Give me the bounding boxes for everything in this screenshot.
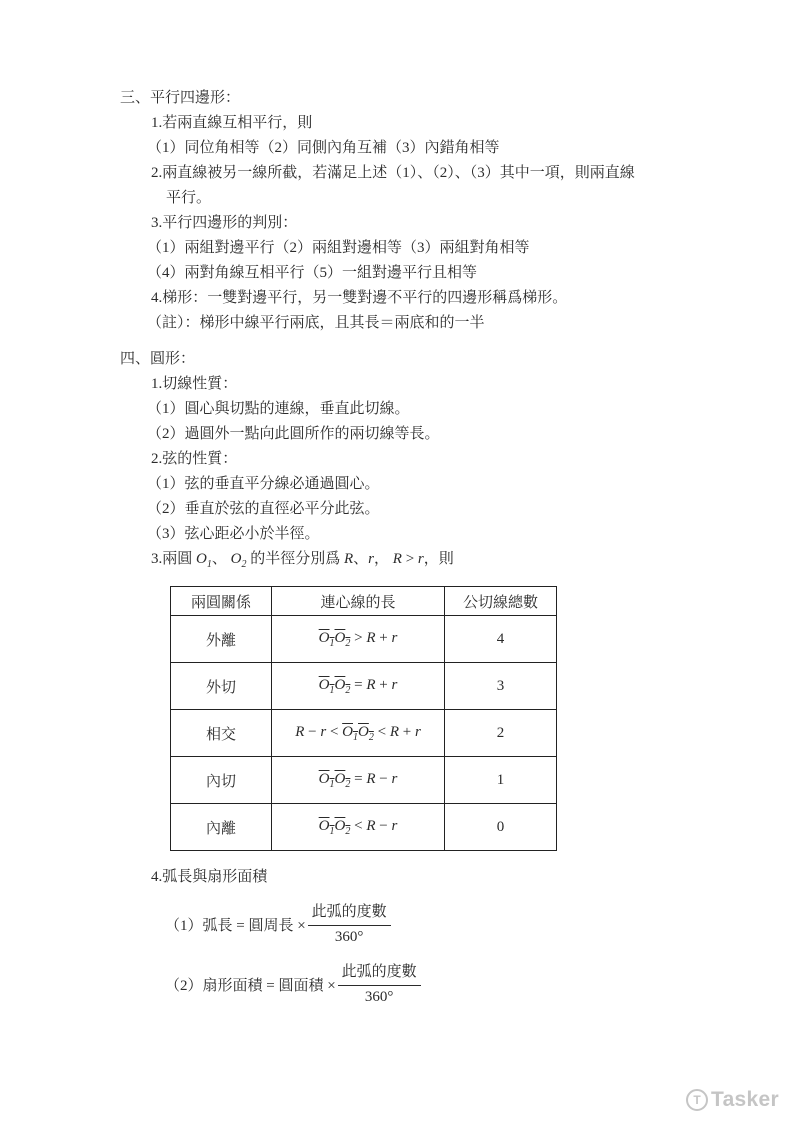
formula-cell: O1O2 = R − r bbox=[272, 757, 445, 804]
table-header-center-line-length: 連心線的長 bbox=[272, 587, 445, 616]
table-row: 外切 O1O2 = R + r 3 bbox=[171, 663, 557, 710]
text-line: 2.弦的性質： bbox=[151, 447, 760, 472]
tangent-count-cell: 4 bbox=[445, 616, 557, 663]
section-parallelogram: 三、平行四邊形： 1.若兩直線互相平行，則（1）同位角相等（2）同側內角互補（3… bbox=[120, 86, 760, 336]
text-line: （3）弦心距必小於半徑。 bbox=[147, 522, 760, 547]
relation-cell: 內離 bbox=[171, 804, 272, 851]
section-circle: 四、圓形： 1.切線性質：（1）圓心與切點的連線，垂直此切線。（2）過圓外一點向… bbox=[120, 347, 760, 1010]
fraction: 此弧的度數360° bbox=[338, 962, 421, 1007]
table-row: 內切 O1O2 = R − r 1 bbox=[171, 757, 557, 804]
tangent-count-cell: 3 bbox=[445, 663, 557, 710]
page-content: 三、平行四邊形： 1.若兩直線互相平行，則（1）同位角相等（2）同側內角互補（3… bbox=[120, 86, 760, 1010]
table-row: 相交 R − r < O1O2 < R + r 2 bbox=[171, 710, 557, 757]
fraction: 此弧的度數360° bbox=[308, 902, 391, 947]
text-line: 1.切線性質： bbox=[151, 372, 760, 397]
text-line: （2）過圓外一點向此圓所作的兩切線等長。 bbox=[147, 422, 760, 447]
formula-cell: O1O2 < R − r bbox=[272, 804, 445, 851]
text-line: （1）弦的垂直平分線必通過圓心。 bbox=[147, 472, 760, 497]
relation-cell: 相交 bbox=[171, 710, 272, 757]
text-line: 4.梯形：一雙對邊平行，另一雙對邊不平行的四邊形稱爲梯形。 bbox=[151, 286, 760, 311]
tasker-logo-icon: T bbox=[686, 1089, 708, 1111]
arc-length-formula: （1）弧長 = 圓周長 × 此弧的度數360° bbox=[165, 898, 760, 950]
section-circle-title: 四、圓形： bbox=[120, 347, 760, 372]
text-line: 3.平行四邊形的判別： bbox=[151, 211, 760, 236]
text-line: 1.若兩直線互相平行，則 bbox=[151, 111, 760, 136]
tangent-count-cell: 2 bbox=[445, 710, 557, 757]
section-circle-body: 1.切線性質：（1）圓心與切點的連線，垂直此切線。（2）過圓外一點向此圓所作的兩… bbox=[120, 372, 760, 547]
text-line: 2.兩直線被另一線所截，若滿足上述（1）、（2）、（3）其中一項，則兩直線 bbox=[151, 161, 760, 186]
tangent-count-cell: 1 bbox=[445, 757, 557, 804]
tangent-count-cell: 0 bbox=[445, 804, 557, 851]
text-line: （1）兩組對邊平行（2）兩組對邊相等（3）兩組對角相等 bbox=[147, 236, 760, 261]
formula-cell: O1O2 > R + r bbox=[272, 616, 445, 663]
document-page: 三、平行四邊形： 1.若兩直線互相平行，則（1）同位角相等（2）同側內角互補（3… bbox=[0, 0, 800, 1131]
table-header-common-tangents: 公切線總數 bbox=[445, 587, 557, 616]
circle-relations-table: 兩圓關係 連心線的長 公切線總數 外離 O1O2 > R + r 4 外切 O1… bbox=[170, 586, 557, 851]
text-line: （1）同位角相等（2）同側內角互補（3）內錯角相等 bbox=[147, 136, 760, 161]
relation-cell: 外切 bbox=[171, 663, 272, 710]
relation-cell: 外離 bbox=[171, 616, 272, 663]
text-line: （4）兩對角線互相平行（5）一組對邊平行且相等 bbox=[147, 261, 760, 286]
text-line: （2）垂直於弦的直徑必平分此弦。 bbox=[147, 497, 760, 522]
table-header-row: 兩圓關係 連心線的長 公切線總數 bbox=[171, 587, 557, 616]
section-parallelogram-title: 三、平行四邊形： bbox=[120, 86, 760, 111]
section-parallelogram-body: 1.若兩直線互相平行，則（1）同位角相等（2）同側內角互補（3）內錯角相等2.兩… bbox=[120, 111, 760, 336]
watermark: T Tasker bbox=[686, 1088, 779, 1112]
text-line: 平行。 bbox=[166, 186, 760, 211]
text-line: （1）圓心與切點的連線，垂直此切線。 bbox=[147, 397, 760, 422]
formula-cell: R − r < O1O2 < R + r bbox=[272, 710, 445, 757]
table-row: 外離 O1O2 > R + r 4 bbox=[171, 616, 557, 663]
formula-cell: O1O2 = R + r bbox=[272, 663, 445, 710]
watermark-text: Tasker bbox=[711, 1088, 779, 1112]
relation-cell: 內切 bbox=[171, 757, 272, 804]
sector-area-formula: （2）扇形面積 = 圓面積 × 此弧的度數360° bbox=[165, 958, 760, 1010]
table-header-relation: 兩圓關係 bbox=[171, 587, 272, 616]
arc-sector-heading: 4.弧長與扇形面積 bbox=[151, 865, 760, 890]
table-row: 內離 O1O2 < R − r 0 bbox=[171, 804, 557, 851]
table-head: 兩圓關係 連心線的長 公切線總數 bbox=[171, 587, 557, 616]
table-body: 外離 O1O2 > R + r 4 外切 O1O2 = R + r 3 相交 R… bbox=[171, 616, 557, 851]
two-circles-statement: 3.兩圓 O1、 O2 的半徑分別爲 R、r， R > r，則 bbox=[151, 547, 760, 577]
text-line: （註）：梯形中線平行兩底，且其長＝兩底和的一半 bbox=[147, 311, 760, 336]
